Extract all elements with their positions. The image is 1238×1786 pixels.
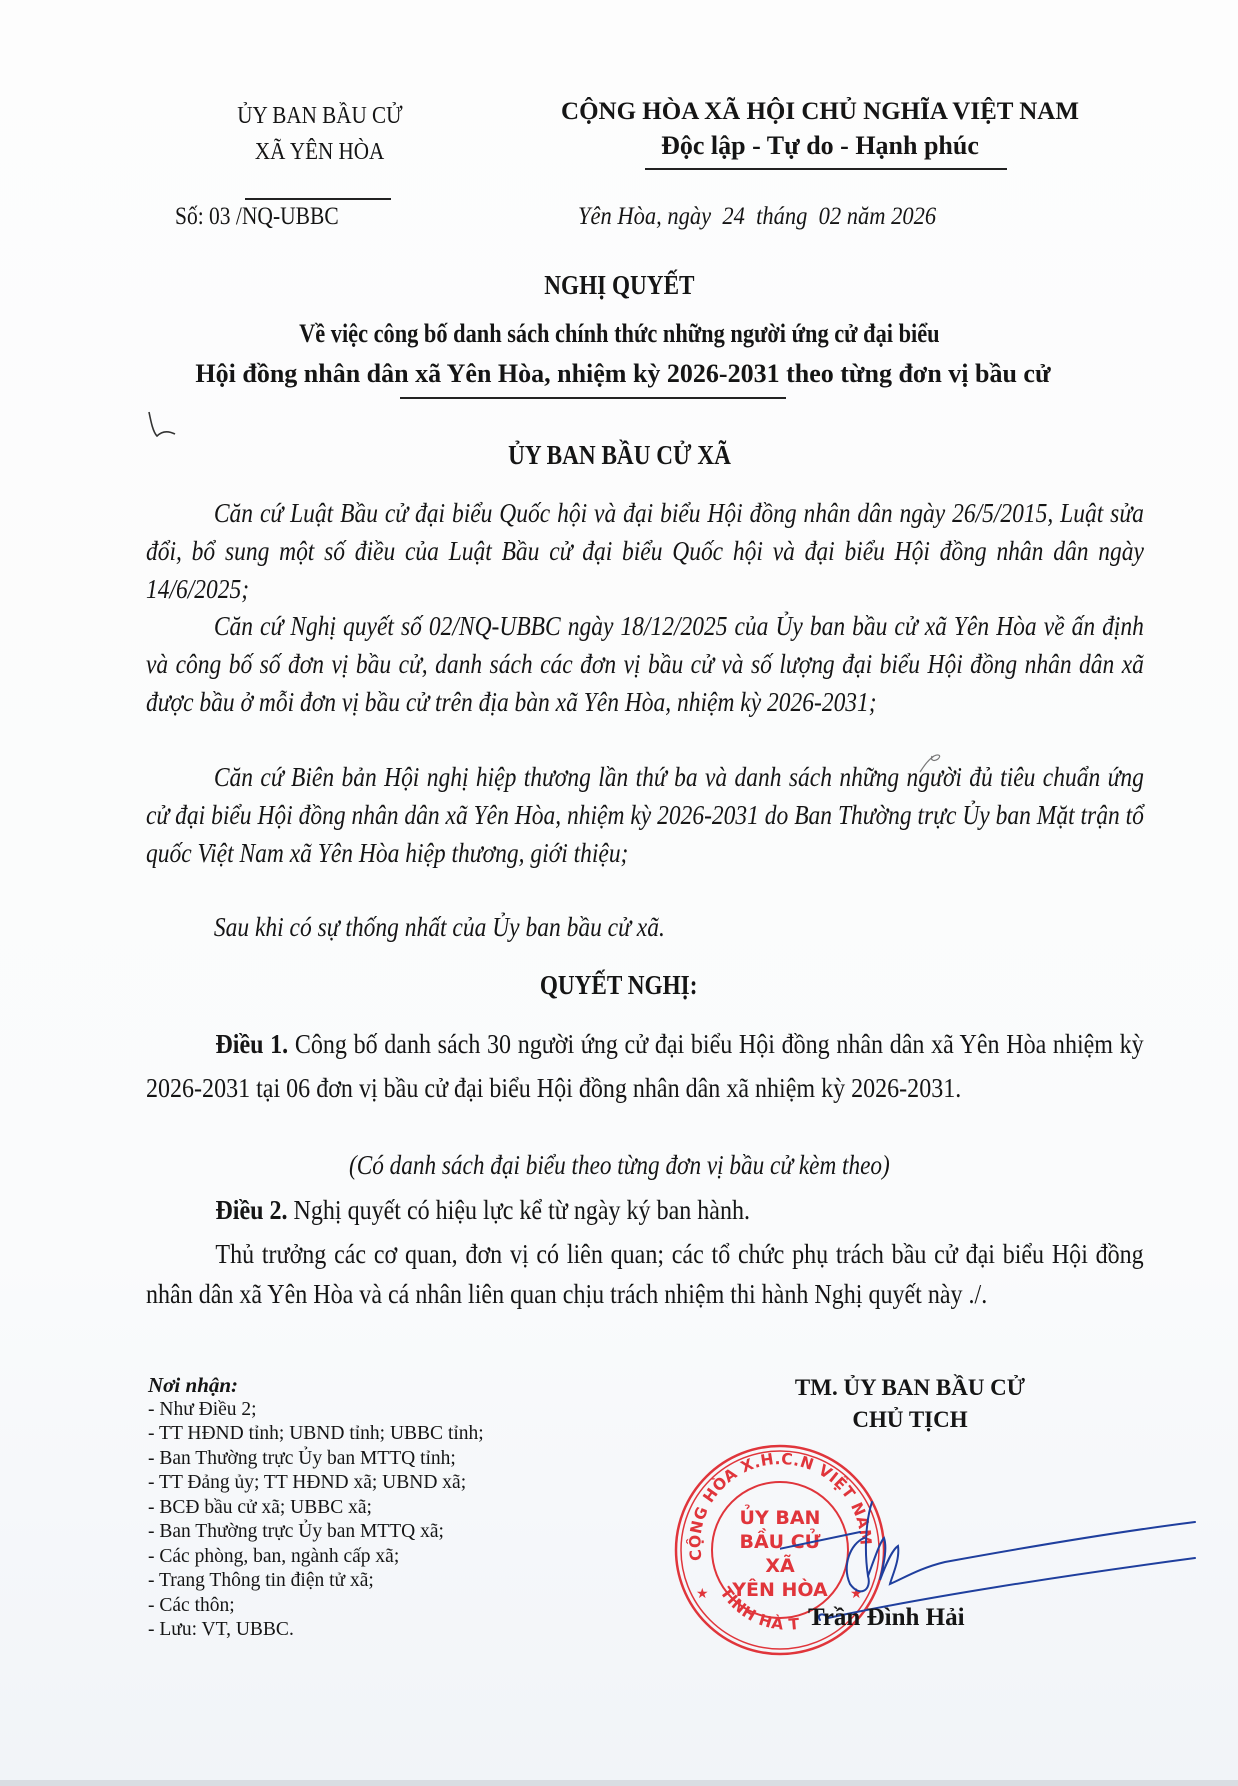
pen-tick-icon xyxy=(918,752,944,774)
issuer-name-line1: ỦY BAN BẦU CỬ xyxy=(237,98,402,134)
signer-position: CHỦ TỊCH xyxy=(740,1404,1080,1436)
preamble-text: Căn cứ Nghị quyết số 02/NQ-UBBC ngày 18/… xyxy=(146,611,1144,717)
document-subject: Về việc công bố danh sách chính thức nhữ… xyxy=(0,314,1238,394)
signer-name: Trần Đình Hải xyxy=(808,1604,965,1632)
national-header: CỘNG HÒA XÃ HỘI CHỦ NGHĨA VIỆT NAM Độc l… xyxy=(500,95,1140,163)
recipients-block: Nơi nhận: Như Điều 2;TT HĐND tỉnh; UBND … xyxy=(148,1373,484,1643)
preamble-text: Sau khi có sự thống nhất của Ủy ban bầu … xyxy=(214,912,665,942)
pen-mark-icon xyxy=(145,410,185,440)
subject-underline xyxy=(400,397,786,399)
nation-name: CỘNG HÒA XÃ HỘI CHỦ NGHĨA VIỆT NAM xyxy=(500,95,1140,129)
article-note-text: (Có danh sách đại biểu theo từng đơn vị … xyxy=(349,1150,890,1181)
subject-line-2: Hội đồng nhân dân xã Yên Hòa, nhiệm kỳ 2… xyxy=(8,354,1238,394)
article-1-note: (Có danh sách đại biểu theo từng đơn vị … xyxy=(0,1150,1238,1181)
recipient-item: Lưu: VT, UBBC. xyxy=(148,1618,484,1643)
scan-edge xyxy=(0,1780,1238,1786)
document-type-text: NGHỊ QUYẾT xyxy=(544,270,694,301)
place-date-text: Yên Hòa, ngày 24 tháng 02 năm 2026 xyxy=(578,203,936,231)
place-date: Yên Hòa, ngày 24 tháng 02 năm 2026 xyxy=(578,203,976,231)
issuer-heading: ỦY BAN BẦU CỬ XÃ xyxy=(0,440,1238,471)
implementation-clause: Thủ trưởng các cơ quan, đơn vị có liên q… xyxy=(146,1234,1144,1314)
preamble-text: Căn cứ Luật Bầu cử đại biểu Quốc hội và … xyxy=(146,498,1144,604)
issuer-name-line2: XÃ YÊN HÒA xyxy=(255,134,384,170)
preamble-paragraph: Căn cứ Biên bản Hội nghị hiệp thương lần… xyxy=(146,758,1144,872)
recipient-item: Như Điều 2; xyxy=(148,1398,484,1423)
svg-text:★: ★ xyxy=(696,1586,709,1602)
on-behalf-of: TM. ỦY BAN BẦU CỬ xyxy=(740,1372,1080,1404)
recipient-item: BCĐ bầu cử xã; UBBC xã; xyxy=(148,1496,484,1521)
document-page: ỦY BAN BẦU CỬ XÃ YÊN HÒA CỘNG HÒA XÃ HỘI… xyxy=(0,0,1238,1786)
decides-heading: QUYẾT NGHỊ: xyxy=(0,970,1238,1001)
signature-title: TM. ỦY BAN BẦU CỬ CHỦ TỊCH xyxy=(740,1372,1080,1436)
recipient-item: TT Đảng ủy; TT HĐND xã; UBND xã; xyxy=(148,1471,484,1496)
article-1: Điều 1. Công bố danh sách 30 người ứng c… xyxy=(146,1022,1144,1110)
recipient-item: Trang Thông tin điện tử xã; xyxy=(148,1569,484,1594)
article-text: Nghị quyết có hiệu lực kể từ ngày ký ban… xyxy=(288,1195,750,1225)
document-number-text: Số: 03 /NQ-UBBC xyxy=(175,203,339,231)
decides-heading-text: QUYẾT NGHỊ: xyxy=(540,970,698,1001)
preamble-paragraph: Căn cứ Nghị quyết số 02/NQ-UBBC ngày 18/… xyxy=(146,607,1144,721)
article-text: Công bố danh sách 30 người ứng cử đại bi… xyxy=(146,1029,1144,1103)
recipients-list: Như Điều 2;TT HĐND tỉnh; UBND tỉnh; UBBC… xyxy=(148,1398,484,1643)
preamble-paragraph: Căn cứ Luật Bầu cử đại biểu Quốc hội và … xyxy=(146,494,1144,608)
issuer-heading-text: ỦY BAN BẦU CỬ XÃ xyxy=(508,440,731,471)
document-number: Số: 03 /NQ-UBBC xyxy=(175,203,365,231)
recipient-item: Các thôn; xyxy=(148,1594,484,1619)
article-2: Điều 2. Nghị quyết có hiệu lực kể từ ngà… xyxy=(146,1188,1144,1232)
national-motto: Độc lập - Tự do - Hạnh phúc xyxy=(500,129,1140,163)
subject-line-1: Về việc công bố danh sách chính thức nhữ… xyxy=(299,314,939,354)
recipient-item: Ban Thường trực Ủy ban MTTQ xã; xyxy=(148,1520,484,1545)
issuer-header: ỦY BAN BẦU CỬ XÃ YÊN HÒA xyxy=(160,98,480,170)
recipient-item: TT HĐND tỉnh; UBND tỉnh; UBBC tỉnh; xyxy=(148,1422,484,1447)
article-label: Điều 2. xyxy=(215,1195,287,1225)
implementation-text: Thủ trưởng các cơ quan, đơn vị có liên q… xyxy=(146,1239,1144,1309)
article-label: Điều 1. xyxy=(215,1029,288,1059)
recipients-label: Nơi nhận: xyxy=(148,1373,484,1398)
document-type: NGHỊ QUYẾT xyxy=(0,270,1238,301)
preamble-text: Căn cứ Biên bản Hội nghị hiệp thương lần… xyxy=(146,762,1144,868)
preamble-paragraph: Sau khi có sự thống nhất của Ủy ban bầu … xyxy=(146,908,1144,946)
recipient-item: Ban Thường trực Ủy ban MTTQ tỉnh; xyxy=(148,1447,484,1472)
motto-underline xyxy=(645,168,1007,170)
issuer-underline xyxy=(245,198,391,200)
recipient-item: Các phòng, ban, ngành cấp xã; xyxy=(148,1545,484,1570)
